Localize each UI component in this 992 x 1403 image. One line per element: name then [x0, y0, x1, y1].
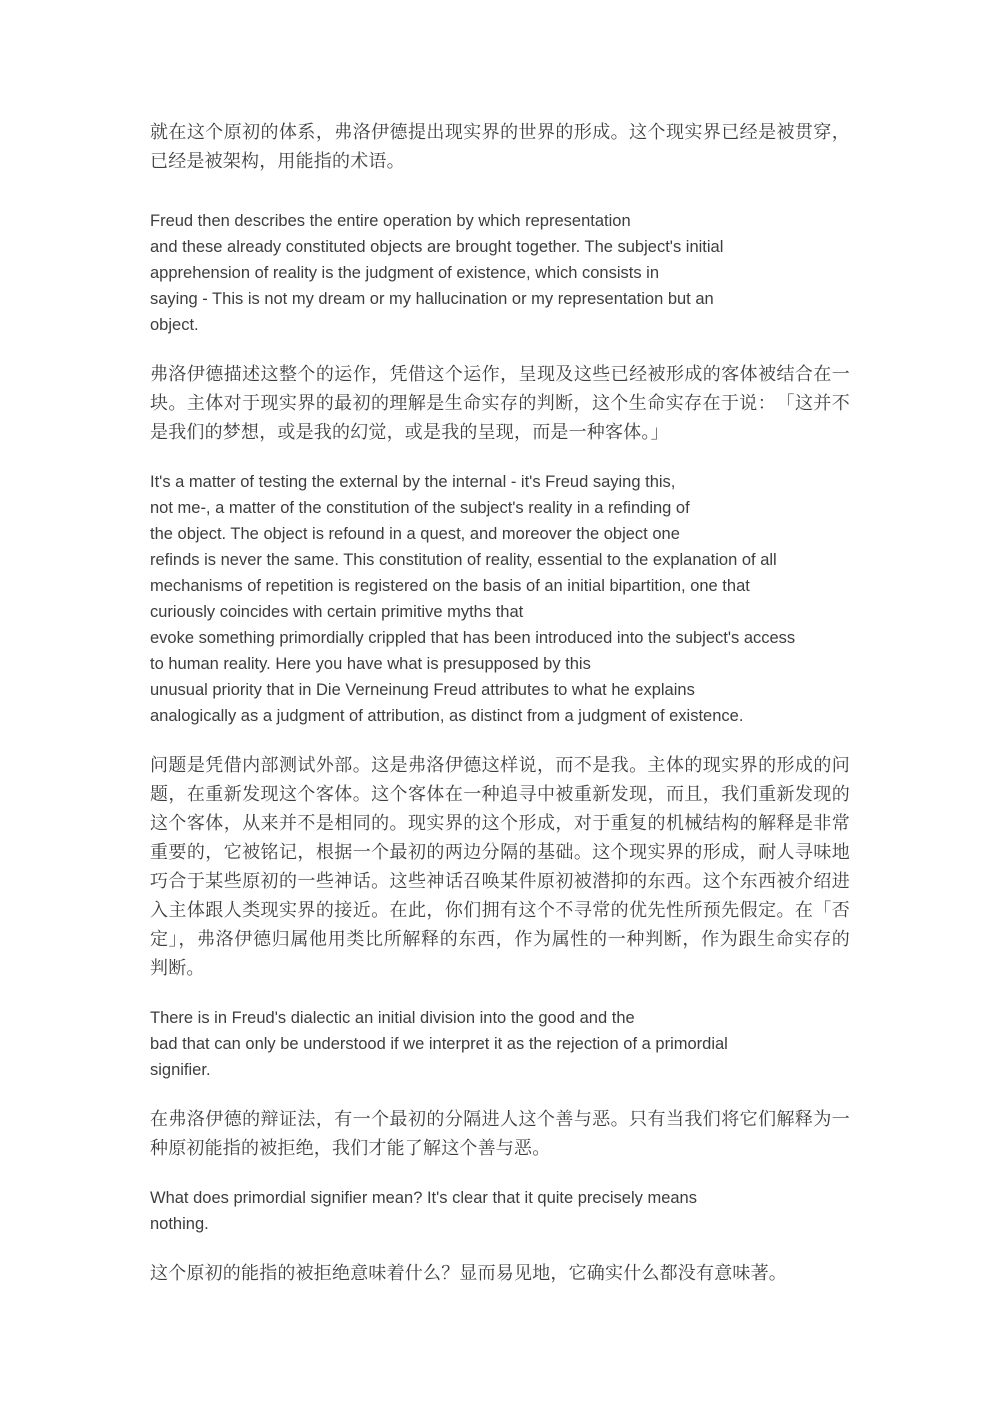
paragraph-zh-freud-dialectic: 在弗洛伊德的辩证法，有一个最初的分隔进人这个善与恶。只有当我们将它们解释为一种原…: [150, 1105, 850, 1163]
paragraph-en-primordial-signifier: What does primordial signifier mean? It'…: [150, 1185, 850, 1237]
paragraph-zh-primordial-signifier: 这个原初的能指的被拒绝意味着什么？显而易见地，它确实什么都没有意味著。: [150, 1259, 850, 1288]
paragraph-en-freud-operation: Freud then describes the entire operatio…: [150, 208, 850, 338]
paragraph-zh-freud-operation: 弗洛伊德描述这整个的运作，凭借这个运作，呈现及这些已经被形成的客体被结合在一块。…: [150, 360, 850, 447]
paragraph-zh-testing-external: 问题是凭借内部测试外部。这是弗洛伊德这样说，而不是我。主体的现实界的形成的问题，…: [150, 751, 850, 983]
document-page: 就在这个原初的体系，弗洛伊德提出现实界的世界的形成。这个现实界已经是被贯穿，已经…: [0, 0, 992, 1403]
paragraph-en-freud-dialectic: There is in Freud's dialectic an initial…: [150, 1005, 850, 1083]
paragraph-zh-primordial-system: 就在这个原初的体系，弗洛伊德提出现实界的世界的形成。这个现实界已经是被贯穿，已经…: [150, 118, 850, 176]
paragraph-en-testing-external: It's a matter of testing the external by…: [150, 469, 850, 729]
